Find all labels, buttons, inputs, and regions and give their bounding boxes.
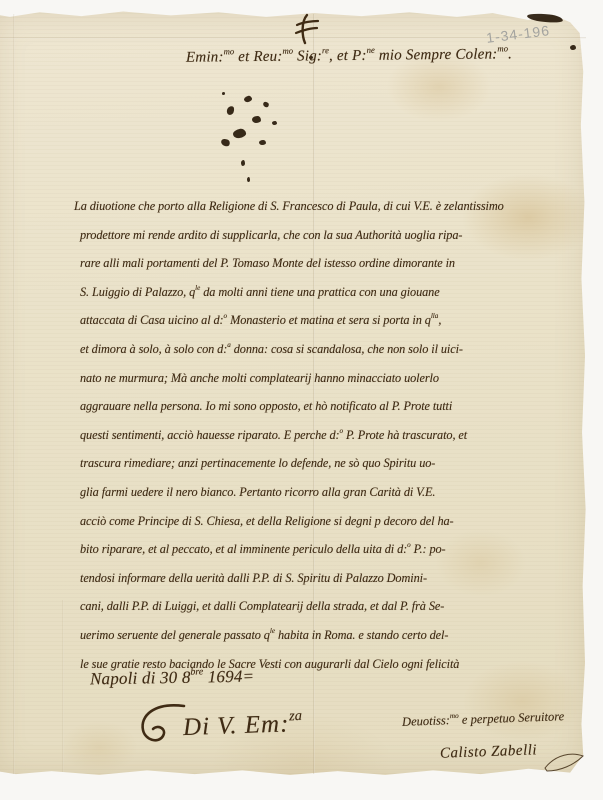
ink-blot [241,160,245,166]
ink-blot [272,121,277,125]
body-line: trascura rimediare; anzi pertinacemente … [80,449,504,478]
body-line: cani, dalli P.P. di Luiggi, et dalli Com… [80,592,504,621]
body-line: S. Luiggio di Palazzo, qle da molti anni… [80,278,504,307]
body-line: questi sentimenti, acciò hauesse riparat… [80,421,504,450]
dateline: Napoli di 30 8bre 1694= [90,667,255,690]
ink-blot [252,116,261,123]
ink-blot [570,45,576,50]
ink-blot [222,92,225,95]
fold-crease-lower-left [62,600,64,772]
body-line: La diuotione che porto alla Religione di… [74,192,504,221]
letter-body: La diuotione che porto alla Religione di… [80,192,504,678]
body-line: rare alli mali portamenti del P. Tomaso … [80,249,504,278]
body-line: tendosi informare della uerità dalli P.P… [80,564,504,593]
body-line: acciò come Principe di S. Chiesa, et del… [80,507,504,536]
valediction: Di V. Em:za [183,710,303,742]
fold-crease-left [13,14,15,774]
body-line: glia farmi uedere il nero bianco. Pertan… [80,478,504,507]
flourish-swash-icon [136,700,190,748]
invocation-cross-icon [291,12,321,46]
body-line: attaccata di Casa uicino al d:o Monaster… [80,306,504,335]
body-line: aggrauare nella persona. Io mi sono oppo… [80,392,504,421]
manuscript-scan: 1-34-196 Emin:mo et Reu:mo Sig:re, et P:… [0,0,603,800]
ink-blot [247,177,250,182]
ink-blot [259,140,266,145]
body-line: prodettore mi rende ardito di supplicarl… [80,221,504,250]
signature-paraph-icon [542,748,586,774]
signature: Calisto Zabelli [440,742,538,762]
body-line: nato ne murmura; Mà anche molti complate… [80,364,504,393]
body-line: uerimo seruente del generale passato qle… [80,621,504,650]
body-line: bito riparare, et al peccato, et al immi… [80,535,504,564]
salutation: Emin:mo et Reu:mo Sig:re, et P:ne mio Se… [186,46,512,66]
body-line: et dimora à solo, à solo con d:a donna: … [80,335,504,364]
